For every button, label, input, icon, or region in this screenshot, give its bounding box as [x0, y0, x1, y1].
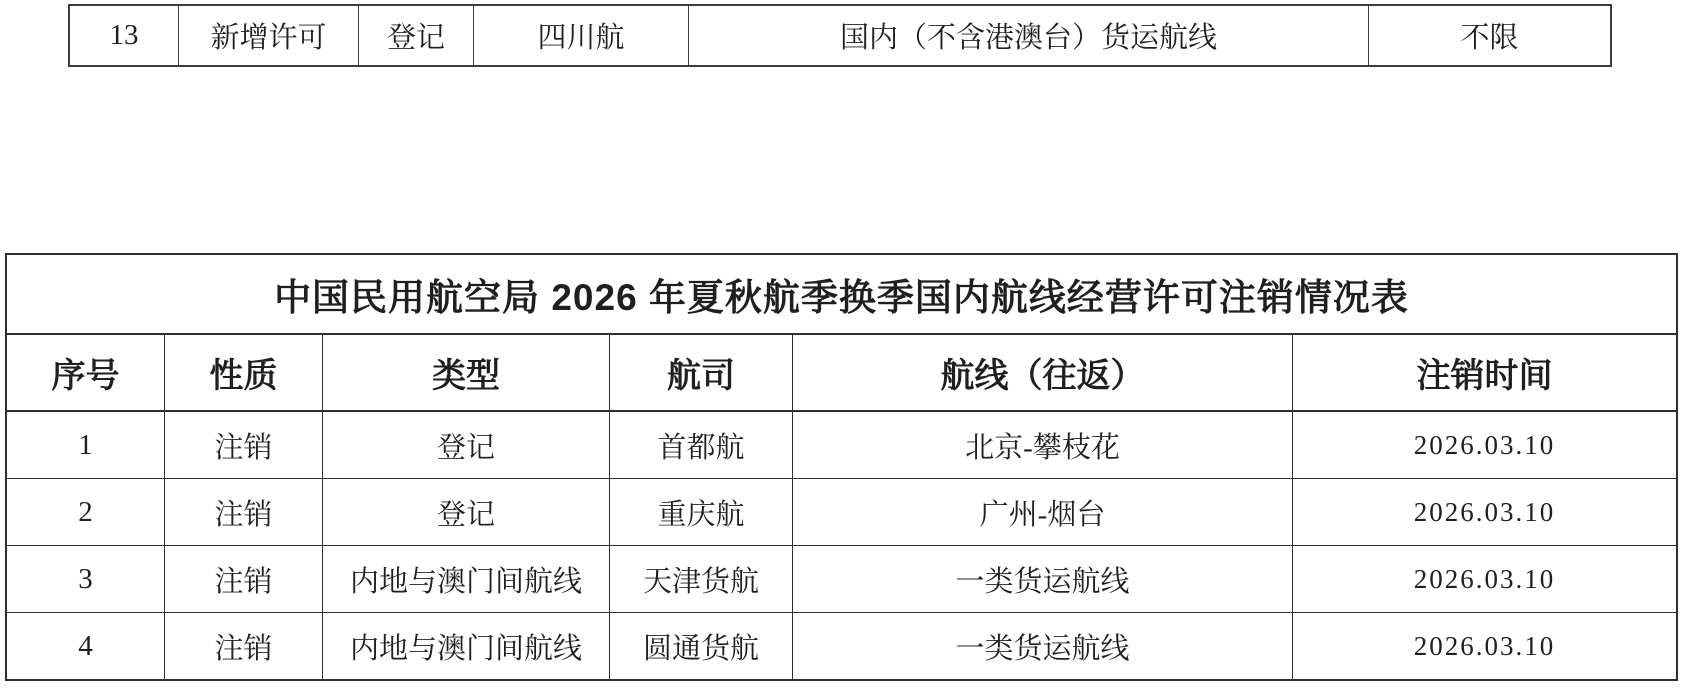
table-header-row: 序号 性质 类型 航司 航线（往返） 注销时间: [7, 335, 1676, 412]
cell-type: 登记: [322, 412, 609, 478]
header-route: 航线（往返）: [792, 335, 1292, 410]
header-type: 类型: [322, 335, 609, 410]
table-row: 4 注销 内地与澳门间航线 圆通货航 一类货运航线 2026.03.10: [7, 613, 1676, 679]
cell-seq: 4: [7, 613, 164, 679]
header-cancel-date: 注销时间: [1292, 335, 1676, 410]
cell-seq: 3: [7, 546, 164, 612]
table-title: 中国民用航空局 2026 年夏秋航季换季国内航线经营许可注销情况表: [7, 255, 1676, 335]
table-row: 1 注销 登记 首都航 北京-攀枝花 2026.03.10: [7, 412, 1676, 479]
cell-nature: 新增许可: [178, 6, 358, 65]
cancellation-table: 中国民用航空局 2026 年夏秋航季换季国内航线经营许可注销情况表 序号 性质 …: [5, 253, 1678, 681]
cell-nature: 注销: [164, 412, 322, 478]
new-permit-table-partial: 13 新增许可 登记 四川航 国内（不含港澳台）货运航线 不限: [68, 4, 1612, 67]
document-page: 13 新增许可 登记 四川航 国内（不含港澳台）货运航线 不限 中国民用航空局 …: [0, 0, 1687, 690]
table-title-text: 中国民用航空局 2026 年夏秋航季换季国内航线经营许可注销情况表: [274, 267, 1409, 321]
cell-nature: 注销: [164, 479, 322, 545]
header-nature: 性质: [164, 335, 322, 410]
cell-seq: 2: [7, 479, 164, 545]
cell-cancel-date: 2026.03.10: [1292, 412, 1676, 478]
table-row: 3 注销 内地与澳门间航线 天津货航 一类货运航线 2026.03.10: [7, 546, 1676, 613]
header-seq: 序号: [7, 335, 164, 410]
cell-airline: 首都航: [609, 412, 792, 478]
header-airline: 航司: [609, 335, 792, 410]
cell-airline: 重庆航: [609, 479, 792, 545]
cell-type: 登记: [358, 6, 473, 65]
cell-airline: 天津货航: [609, 546, 792, 612]
cell-cancel-date: 2026.03.10: [1292, 613, 1676, 679]
cell-type: 内地与澳门间航线: [322, 546, 609, 612]
cell-airline: 四川航: [473, 6, 688, 65]
cell-route: 一类货运航线: [792, 546, 1292, 612]
cell-nature: 注销: [164, 613, 322, 679]
table-row: 2 注销 登记 重庆航 广州-烟台 2026.03.10: [7, 479, 1676, 546]
cell-seq: 1: [7, 412, 164, 478]
cell-route: 广州-烟台: [792, 479, 1292, 545]
cell-seq: 13: [70, 6, 178, 65]
cell-cancel-date: 2026.03.10: [1292, 479, 1676, 545]
cell-route: 国内（不含港澳台）货运航线: [688, 6, 1368, 65]
cell-cancel-date: 2026.03.10: [1292, 546, 1676, 612]
cell-limit: 不限: [1368, 6, 1610, 65]
cell-route: 北京-攀枝花: [792, 412, 1292, 478]
cell-route: 一类货运航线: [792, 613, 1292, 679]
cell-airline: 圆通货航: [609, 613, 792, 679]
cell-type: 登记: [322, 479, 609, 545]
cell-type: 内地与澳门间航线: [322, 613, 609, 679]
cell-nature: 注销: [164, 546, 322, 612]
